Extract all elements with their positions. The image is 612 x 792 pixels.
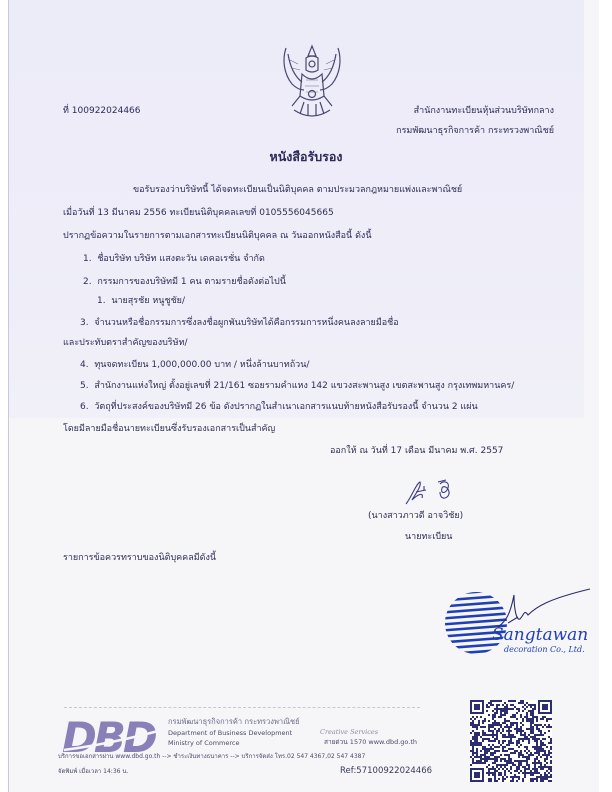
document-title: หนังสือรับรอง	[0, 147, 612, 167]
closing-statement: โดยมีลายมือชื่อนายทะเบียนซึ่งรับรองเอกสา…	[63, 424, 275, 435]
intro-line-1: ขอรับรองว่าบริษัทนี้ ได้จดทะเบียนเป็นนิต…	[133, 185, 462, 196]
item-text: กรรมการของบริษัทมี 1 คน ตามรายชื่อดังต่อ…	[97, 277, 286, 287]
registrar-signature-icon	[402, 478, 462, 508]
list-item: 1. นายสุรชัย หนูชูชัย/	[97, 296, 185, 307]
issuer-office: สำนักงานทะเบียนหุ้นส่วนบริษัทกลาง	[414, 106, 554, 117]
item-number: 5.	[80, 381, 89, 391]
garuda-emblem-icon	[278, 40, 346, 124]
item-number: 6.	[80, 402, 89, 412]
footer-service-line: บริการขอเอกสารผ่าน www.dbd.go.th --> ชำร…	[58, 753, 365, 761]
footer-dept-thai: กรมพัฒนาธุรกิจการค้า กระทรวงพาณิชย์	[168, 718, 300, 726]
signatory-name: (นางสาวภาวดี อาจวิชัย)	[368, 511, 463, 522]
item-number: 3.	[80, 318, 89, 328]
signatory-position: นายทะเบียน	[405, 532, 452, 543]
company-stamp: Sangtawan decoration Co., Ltd.	[440, 585, 605, 685]
item-text: สำนักงานแห่งใหญ่ ตั้งอยู่เลขที่ 21/161 ซ…	[94, 381, 514, 391]
item-text: นายสุรชัย หนูชูชัย/	[111, 296, 185, 306]
item-text: ทุนจดทะเบียน 1,000,000.00 บาท / หนึ่งล้า…	[94, 360, 309, 370]
notes-heading: รายการข้อควรทราบของนิติบุคคลมีดังนี้	[63, 553, 216, 564]
list-item: 1. ชื่อบริษัท บริษัท แสงตะวัน เดคอเรชั่น…	[83, 254, 265, 265]
item-number: 1.	[83, 254, 92, 264]
footer-dept-en: Department of Business Development	[168, 729, 292, 737]
item-text: ชื่อบริษัท บริษัท แสงตะวัน เดคอเรชั่น จำ…	[97, 254, 265, 264]
item-text: จำนวนหรือชื่อกรรมการซึ่งลงชื่อผูกพันบริษ…	[94, 318, 398, 328]
footer-reference: Ref:57100922024466	[340, 766, 432, 776]
item-number: 4.	[80, 360, 89, 370]
list-item: 2. กรรมการของบริษัทมี 1 คน ตามรายชื่อดัง…	[83, 277, 286, 288]
list-item-continuation: และประทับตราสำคัญของบริษัท/	[63, 338, 188, 349]
list-item: 4. ทุนจดทะเบียน 1,000,000.00 บาท / หนึ่ง…	[80, 360, 309, 371]
item-number: 1.	[97, 296, 106, 306]
footer-divider	[64, 707, 420, 708]
list-item: 6. วัตถุที่ประสงค์ของบริษัทมี 26 ข้อ ดัง…	[80, 402, 478, 413]
footer-printed-at: จัดพิมพ์ เมื่อเวลา 14:36 น.	[58, 768, 128, 776]
dbd-logo-icon: DBD	[60, 714, 164, 758]
stamp-company-subtitle: decoration Co., Ltd.	[504, 645, 585, 654]
issue-date: ออกให้ ณ วันที่ 17 เดือน มีนาคม พ.ศ. 255…	[330, 446, 503, 457]
item-text: วัตถุที่ประสงค์ของบริษัทมี 26 ข้อ ดังปรา…	[94, 402, 477, 412]
intro-line-3: ปรากฏข้อความในรายการตามเอกสารทะเบียนนิติ…	[63, 231, 371, 242]
footer-hotline: สายด่วน 1570 www.dbd.go.th	[324, 738, 417, 746]
intro-line-2: เมื่อวันที่ 13 มีนาคม 2556 ทะเบียนนิติบุ…	[63, 208, 334, 219]
reference-number: ที่ 100922024466	[63, 106, 141, 117]
footer-ministry-en: Ministry of Commerce	[168, 739, 239, 747]
qr-code-icon	[470, 700, 552, 782]
stamp-company-name: Sangtawan	[492, 625, 588, 645]
list-item: 5. สำนักงานแห่งใหญ่ ตั้งอยู่เลขที่ 21/16…	[80, 381, 514, 392]
list-item: 3. จำนวนหรือชื่อกรรมการซึ่งลงชื่อผูกพันบ…	[80, 318, 399, 329]
item-number: 2.	[83, 277, 92, 287]
footer-tagline: Creative Services	[320, 728, 378, 736]
issuer-department: กรมพัฒนาธุรกิจการค้า กระทรวงพาณิชย์	[396, 126, 554, 137]
